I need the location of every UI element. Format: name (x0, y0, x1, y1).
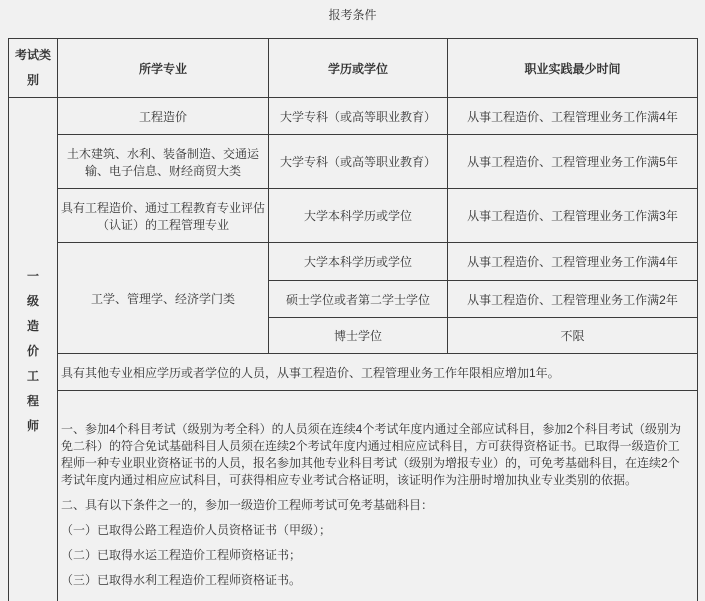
other-major-note-cell: 具有其他专业相应学历或者学位的人员，从事工程造价、工程管理业务工作年限相应增加1… (58, 354, 698, 391)
notes-row: 一、参加4个科目考试（级别为考全科）的人员须在连续4个考试年度内通过全部应试科目… (9, 391, 698, 601)
other-major-note-row: 具有其他专业相应学历或者学位的人员，从事工程造价、工程管理业务工作年限相应增加1… (9, 354, 698, 391)
major-cell: 具有工程造价、通过工程教育专业评估（认证）的工程管理专业 (58, 189, 269, 243)
registration-conditions-table: 考试类别 所学专业 学历或学位 职业实践最少时间 一级造价工程师 工程造价 大学… (8, 38, 698, 601)
experience-cell: 从事工程造价、工程管理业务工作满5年 (448, 135, 698, 189)
note-item-2: （二）已取得水运工程造价工程师资格证书； (61, 547, 691, 564)
experience-cell: 从事工程造价、工程管理业务工作满2年 (448, 281, 698, 318)
note-item-3: （三）已取得水利工程造价工程师资格证书。 (61, 572, 691, 589)
degree-cell: 大学本科学历或学位 (269, 243, 448, 281)
table-row: 土木建筑、水利、装备制造、交通运输、电子信息、财经商贸大类 大学专科（或高等职业… (9, 135, 698, 189)
experience-cell: 不限 (448, 318, 698, 354)
table-row: 工学、管理学、经济学门类 大学本科学历或学位 从事工程造价、工程管理业务工作满4… (9, 243, 698, 281)
degree-cell: 大学专科（或高等职业教育） (269, 98, 448, 135)
degree-cell: 硕士学位或者第二学士学位 (269, 281, 448, 318)
experience-cell: 从事工程造价、工程管理业务工作满4年 (448, 98, 698, 135)
header-major: 所学专业 (58, 39, 269, 98)
note-item-1: （一）已取得公路工程造价人员资格证书（甲级）； (61, 522, 691, 539)
table-row: 具有工程造价、通过工程教育专业评估（认证）的工程管理专业 大学本科学历或学位 从… (9, 189, 698, 243)
exam-category-vertical-text: 一级造价工程师 (27, 264, 40, 439)
exam-category-cell: 一级造价工程师 (9, 98, 58, 601)
page-title: 报考条件 (0, 0, 705, 23)
major-cell: 土木建筑、水利、装备制造、交通运输、电子信息、财经商贸大类 (58, 135, 269, 189)
degree-cell: 大学专科（或高等职业教育） (269, 135, 448, 189)
major-cell: 工学、管理学、经济学门类 (58, 243, 269, 354)
header-row: 考试类别 所学专业 学历或学位 职业实践最少时间 (9, 39, 698, 98)
degree-cell: 博士学位 (269, 318, 448, 354)
header-exam-category: 考试类别 (9, 39, 58, 98)
notes-cell: 一、参加4个科目考试（级别为考全科）的人员须在连续4个考试年度内通过全部应试科目… (58, 391, 698, 601)
experience-cell: 从事工程造价、工程管理业务工作满3年 (448, 189, 698, 243)
major-cell: 工程造价 (58, 98, 269, 135)
note-paragraph-2: 二、具有以下条件之一的，参加一级造价工程师考试可免考基础科目： (61, 497, 691, 514)
note-paragraph-1: 一、参加4个科目考试（级别为考全科）的人员须在连续4个考试年度内通过全部应试科目… (61, 421, 691, 489)
experience-cell: 从事工程造价、工程管理业务工作满4年 (448, 243, 698, 281)
degree-cell: 大学本科学历或学位 (269, 189, 448, 243)
table-row: 一级造价工程师 工程造价 大学专科（或高等职业教育） 从事工程造价、工程管理业务… (9, 98, 698, 135)
header-experience: 职业实践最少时间 (448, 39, 698, 98)
header-degree: 学历或学位 (269, 39, 448, 98)
